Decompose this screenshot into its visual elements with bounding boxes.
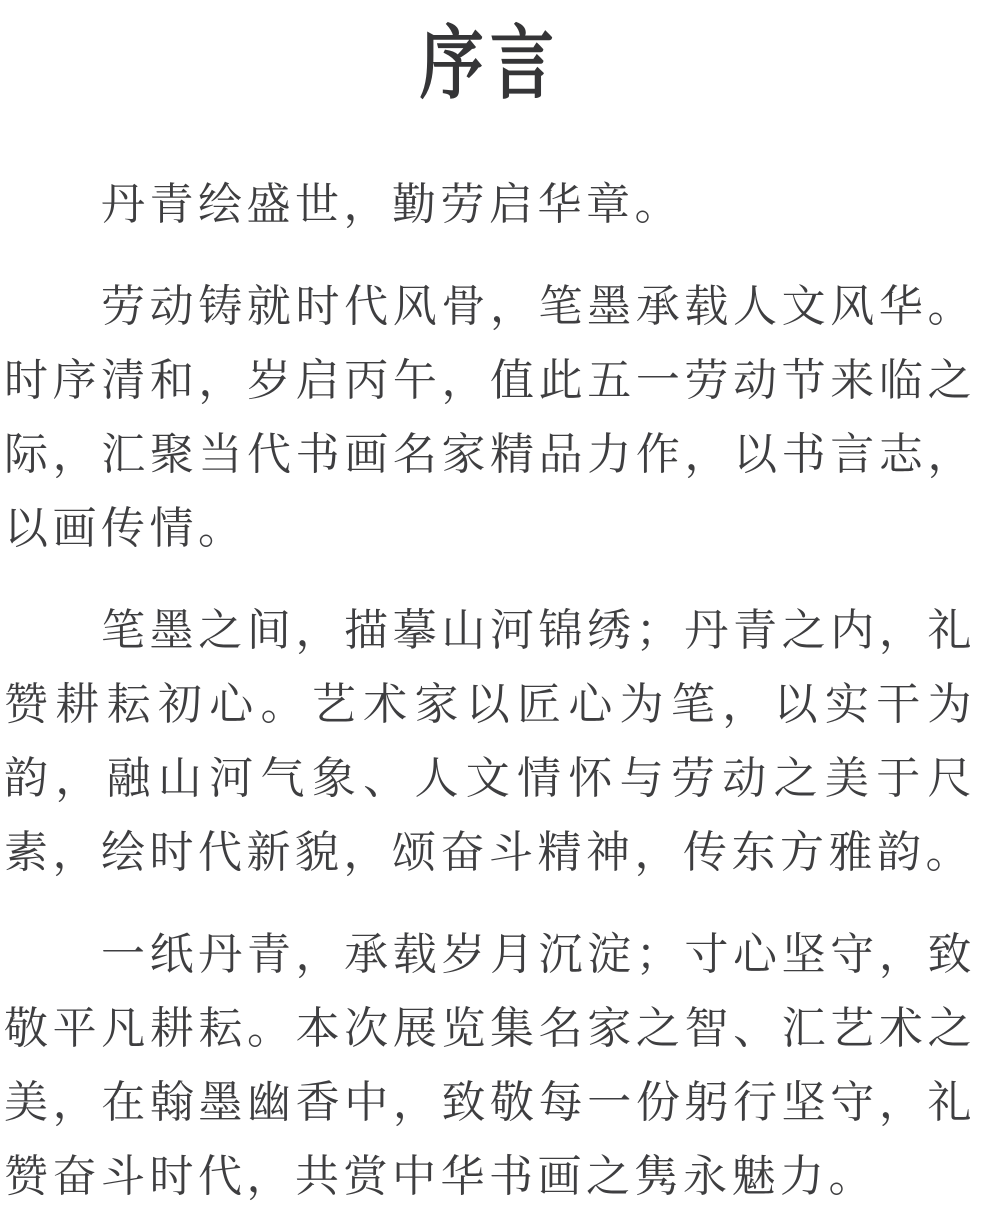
paragraph-artists-theme: 笔墨之间，描摹山河锦绣；丹青之内，礼赞耕耘初心。艺术家以匠心为笔，以实干为韵，融… xyxy=(4,594,976,890)
paragraph-labor-theme: 劳动铸就时代风骨，笔墨承载人文风华。时序清和，岁启丙午，值此五一劳动节来临之际，… xyxy=(4,270,976,566)
page-title: 序言 xyxy=(101,22,879,106)
preface-document-page: 序言 丹青绘盛世，勤劳启华章。 劳动铸就时代风骨，笔墨承载人文风华。时序清和，岁… xyxy=(0,0,990,1229)
paragraph-opening-line: 丹青绘盛世，勤劳启华章。 xyxy=(4,168,976,242)
paragraph-exhibition-theme: 一纸丹青，承载岁月沉淀；寸心坚守，致敬平凡耕耘。本次展览集名家之智、汇艺术之美，… xyxy=(4,918,976,1214)
